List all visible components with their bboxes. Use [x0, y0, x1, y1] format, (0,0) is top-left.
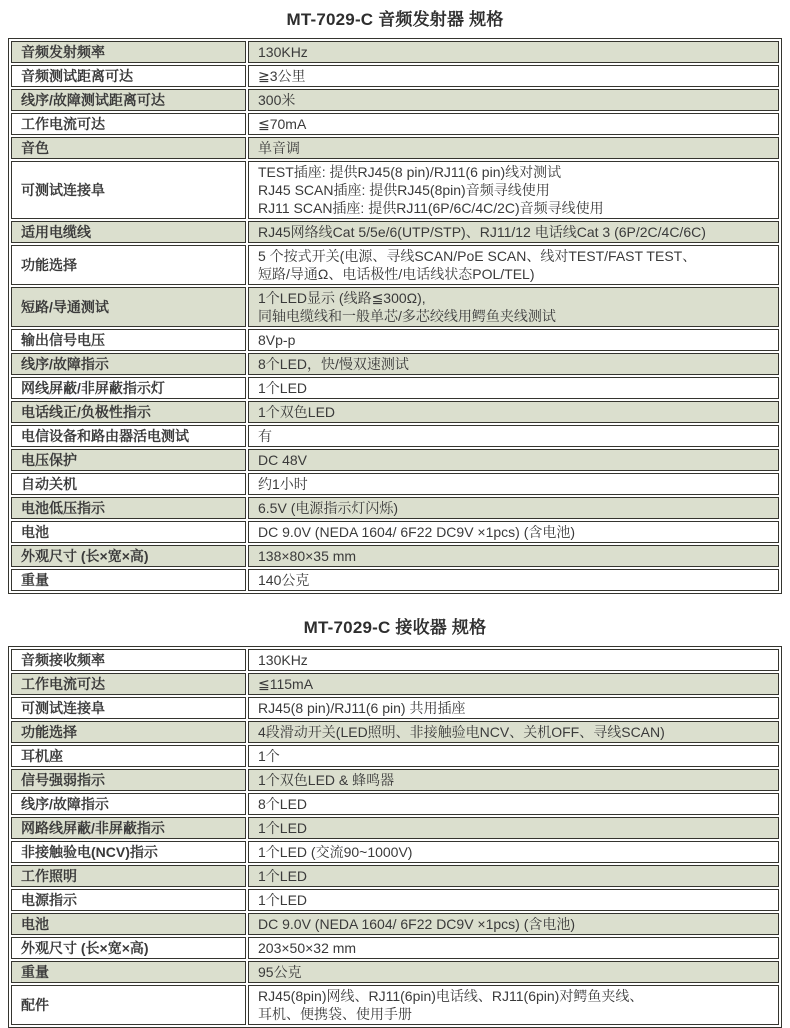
spec-label-cell: 功能选择 — [11, 721, 246, 743]
spec-row: 外观尺寸 (长×宽×高)203×50×32 mm — [11, 937, 779, 959]
spec-value-cell: 1个LED — [248, 817, 779, 839]
spec-value-cell: 1个LED — [248, 865, 779, 887]
spec-row: 网线屏蔽/非屏蔽指示灯1个LED — [11, 377, 779, 399]
spec-value-cell: 1个双色LED & 蜂鸣器 — [248, 769, 779, 791]
spec-row: 线序/故障指示8个LED，快/慢双速测试 — [11, 353, 779, 375]
spec-row: 工作照明1个LED — [11, 865, 779, 887]
spec-row: 网路线屏蔽/非屏蔽指示1个LED — [11, 817, 779, 839]
spec-row: 电信设备和路由器活电测试有 — [11, 425, 779, 447]
spec-value-cell: 1个LED显示 (线路≦300Ω), 同轴电缆线和一般单芯/多芯绞线用鳄鱼夹线测… — [248, 287, 779, 327]
spec-value-cell: 8个LED，快/慢双速测试 — [248, 353, 779, 375]
spec-value-cell: 130KHz — [248, 41, 779, 63]
spec-label-cell: 耳机座 — [11, 745, 246, 767]
spec-row: 音频发射频率130KHz — [11, 41, 779, 63]
spec-label-cell: 电池 — [11, 521, 246, 543]
spec-label-cell: 输出信号电压 — [11, 329, 246, 351]
spec-row: 外观尺寸 (长×宽×高)138×80×35 mm — [11, 545, 779, 567]
spec-label-cell: 电池 — [11, 913, 246, 935]
spec-value-cell: 5 个按式开关(电源、寻线SCAN/PoE SCAN、线对TEST/FAST T… — [248, 245, 779, 285]
spec-value-cell: 140公克 — [248, 569, 779, 591]
spec-value-cell: 300米 — [248, 89, 779, 111]
spec-label-cell: 重量 — [11, 961, 246, 983]
spec-row: 可测试连接阜TEST插座: 提供RJ45(8 pin)/RJ11(6 pin)线… — [11, 161, 779, 219]
spec-row: 线序/故障测试距离可达300米 — [11, 89, 779, 111]
spec-label-cell: 工作电流可达 — [11, 673, 246, 695]
spec-row: 电池低压指示6.5V (电源指示灯闪烁) — [11, 497, 779, 519]
spec-label-cell: 音频接收频率 — [11, 649, 246, 671]
spec-value-cell: 1个 — [248, 745, 779, 767]
spec-label-cell: 短路/导通测试 — [11, 287, 246, 327]
spec-value-cell: 单音调 — [248, 137, 779, 159]
spec-value-cell: ≦115mA — [248, 673, 779, 695]
spec-label-cell: 电信设备和路由器活电测试 — [11, 425, 246, 447]
spec-row: 电压保护DC 48V — [11, 449, 779, 471]
spec-label-cell: 网路线屏蔽/非屏蔽指示 — [11, 817, 246, 839]
spec-label-cell: 外观尺寸 (长×宽×高) — [11, 937, 246, 959]
spec-label-cell: 电压保护 — [11, 449, 246, 471]
spec-row: 功能选择4段滑动开关(LED照明、非接触验电NCV、关机OFF、寻线SCAN) — [11, 721, 779, 743]
spec-label-cell: 自动关机 — [11, 473, 246, 495]
spec-row: 音色单音调 — [11, 137, 779, 159]
spec-row: 电源指示1个LED — [11, 889, 779, 911]
spec-row: 可测试连接阜RJ45(8 pin)/RJ11(6 pin) 共用插座 — [11, 697, 779, 719]
transmitter-spec-table: 音频发射频率130KHz音频测试距离可达≧3公里线序/故障测试距离可达300米工… — [8, 38, 782, 594]
spec-label-cell: 音色 — [11, 137, 246, 159]
spec-label-cell: 工作照明 — [11, 865, 246, 887]
spec-value-cell: 1个LED — [248, 377, 779, 399]
spec-value-cell: TEST插座: 提供RJ45(8 pin)/RJ11(6 pin)线对测试 RJ… — [248, 161, 779, 219]
spec-label-cell: 电源指示 — [11, 889, 246, 911]
spec-value-cell: 8个LED — [248, 793, 779, 815]
spec-label-cell: 配件 — [11, 985, 246, 1025]
spec-label-cell: 线序/故障指示 — [11, 793, 246, 815]
spec-row: 输出信号电压8Vp-p — [11, 329, 779, 351]
spec-row: 电池DC 9.0V (NEDA 1604/ 6F22 DC9V ×1pcs) (… — [11, 913, 779, 935]
spec-label-cell: 信号强弱指示 — [11, 769, 246, 791]
spec-value-cell: 6.5V (电源指示灯闪烁) — [248, 497, 779, 519]
spec-label-cell: 网线屏蔽/非屏蔽指示灯 — [11, 377, 246, 399]
spec-value-cell: 95公克 — [248, 961, 779, 983]
spec-row: 短路/导通测试1个LED显示 (线路≦300Ω), 同轴电缆线和一般单芯/多芯绞… — [11, 287, 779, 327]
spec-value-cell: RJ45网络线Cat 5/5e/6(UTP/STP)、RJ11/12 电话线Ca… — [248, 221, 779, 243]
spec-label-cell: 功能选择 — [11, 245, 246, 285]
spec-value-cell: 1个LED — [248, 889, 779, 911]
spec-value-cell: 约1小时 — [248, 473, 779, 495]
spec-row: 自动关机约1小时 — [11, 473, 779, 495]
spec-row: 功能选择5 个按式开关(电源、寻线SCAN/PoE SCAN、线对TEST/FA… — [11, 245, 779, 285]
spec-row: 音频接收频率130KHz — [11, 649, 779, 671]
spec-row: 适用电缆线RJ45网络线Cat 5/5e/6(UTP/STP)、RJ11/12 … — [11, 221, 779, 243]
spec-sheet: MT-7029-C 音频发射器 规格 音频发射频率130KHz音频测试距离可达≧… — [0, 0, 790, 1028]
spec-row: 工作电流可达≦70mA — [11, 113, 779, 135]
spec-value-cell: DC 48V — [248, 449, 779, 471]
receiver-spec-section: MT-7029-C 接收器 规格 音频接收频率130KHz工作电流可达≦115m… — [8, 594, 782, 1028]
spec-value-cell: RJ45(8 pin)/RJ11(6 pin) 共用插座 — [248, 697, 779, 719]
spec-label-cell: 外观尺寸 (长×宽×高) — [11, 545, 246, 567]
spec-label-cell: 音频测试距离可达 — [11, 65, 246, 87]
spec-row: 耳机座1个 — [11, 745, 779, 767]
spec-label-cell: 工作电流可达 — [11, 113, 246, 135]
spec-row: 非接触验电(NCV)指示1个LED (交流90~1000V) — [11, 841, 779, 863]
spec-value-cell: 138×80×35 mm — [248, 545, 779, 567]
spec-value-cell: ≦70mA — [248, 113, 779, 135]
spec-label-cell: 线序/故障指示 — [11, 353, 246, 375]
spec-value-cell: DC 9.0V (NEDA 1604/ 6F22 DC9V ×1pcs) (含电… — [248, 521, 779, 543]
spec-value-cell: 有 — [248, 425, 779, 447]
spec-value-cell: 1个LED (交流90~1000V) — [248, 841, 779, 863]
spec-label-cell: 可测试连接阜 — [11, 697, 246, 719]
spec-value-cell: 130KHz — [248, 649, 779, 671]
spec-label-cell: 电话线正/负极性指示 — [11, 401, 246, 423]
spec-value-cell: 1个双色LED — [248, 401, 779, 423]
spec-label-cell: 非接触验电(NCV)指示 — [11, 841, 246, 863]
spec-label-cell: 适用电缆线 — [11, 221, 246, 243]
spec-label-cell: 线序/故障测试距离可达 — [11, 89, 246, 111]
spec-value-cell: DC 9.0V (NEDA 1604/ 6F22 DC9V ×1pcs) (含电… — [248, 913, 779, 935]
transmitter-section-title: MT-7029-C 音频发射器 规格 — [8, 0, 782, 38]
transmitter-spec-section: MT-7029-C 音频发射器 规格 音频发射频率130KHz音频测试距离可达≧… — [8, 0, 782, 594]
spec-label-cell: 可测试连接阜 — [11, 161, 246, 219]
spec-value-cell: 4段滑动开关(LED照明、非接触验电NCV、关机OFF、寻线SCAN) — [248, 721, 779, 743]
spec-value-cell: 8Vp-p — [248, 329, 779, 351]
spec-row: 电话线正/负极性指示1个双色LED — [11, 401, 779, 423]
receiver-spec-table: 音频接收频率130KHz工作电流可达≦115mA可测试连接阜RJ45(8 pin… — [8, 646, 782, 1028]
spec-label-cell: 电池低压指示 — [11, 497, 246, 519]
spec-row: 信号强弱指示1个双色LED & 蜂鸣器 — [11, 769, 779, 791]
spec-label-cell: 重量 — [11, 569, 246, 591]
spec-label-cell: 音频发射频率 — [11, 41, 246, 63]
spec-row: 电池DC 9.0V (NEDA 1604/ 6F22 DC9V ×1pcs) (… — [11, 521, 779, 543]
spec-row: 线序/故障指示8个LED — [11, 793, 779, 815]
spec-row: 重量140公克 — [11, 569, 779, 591]
spec-row: 工作电流可达≦115mA — [11, 673, 779, 695]
spec-row: 配件RJ45(8pin)网线、RJ11(6pin)电话线、RJ11(6pin)对… — [11, 985, 779, 1025]
spec-value-cell: RJ45(8pin)网线、RJ11(6pin)电话线、RJ11(6pin)对鳄鱼… — [248, 985, 779, 1025]
spec-value-cell: ≧3公里 — [248, 65, 779, 87]
spec-row: 重量95公克 — [11, 961, 779, 983]
spec-row: 音频测试距离可达≧3公里 — [11, 65, 779, 87]
spec-value-cell: 203×50×32 mm — [248, 937, 779, 959]
receiver-section-title: MT-7029-C 接收器 规格 — [8, 594, 782, 646]
